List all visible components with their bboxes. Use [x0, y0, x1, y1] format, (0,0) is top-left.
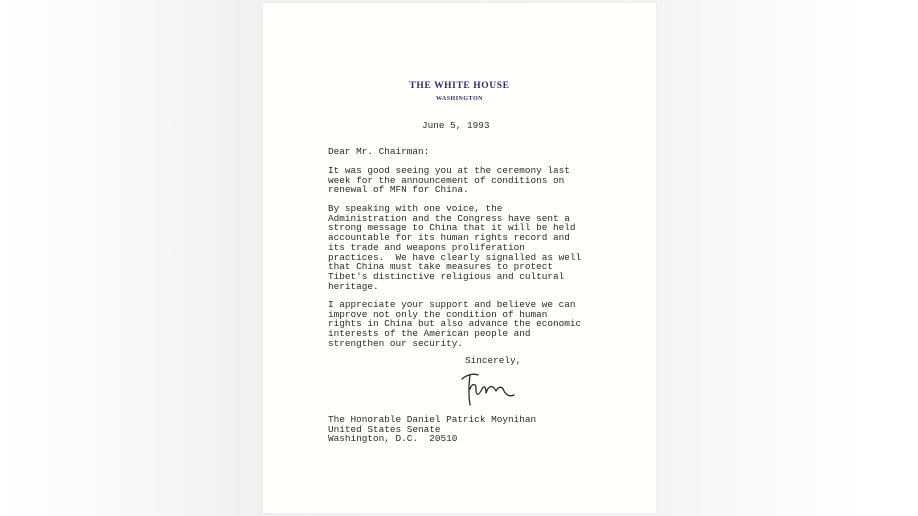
paragraph-1: It was good seeing you at the ceremony l… — [328, 166, 570, 195]
letterhead-title: THE WHITE HOUSE — [263, 81, 656, 91]
letterhead-subtitle: WASHINGTON — [263, 96, 656, 102]
signature-icon — [456, 369, 526, 409]
paragraph-3: I appreciate your support and believe we… — [328, 300, 581, 349]
salutation: Dear Mr. Chairman: — [328, 147, 429, 157]
letter-date: June 5, 1993 — [422, 121, 490, 131]
letter-page: THE WHITE HOUSE WASHINGTON June 5, 1993 … — [263, 3, 656, 513]
paragraph-2: By speaking with one voice, the Administ… — [328, 204, 581, 291]
recipient-address: The Honorable Daniel Patrick Moynihan Un… — [328, 415, 536, 444]
closing: Sincerely, — [465, 356, 521, 366]
